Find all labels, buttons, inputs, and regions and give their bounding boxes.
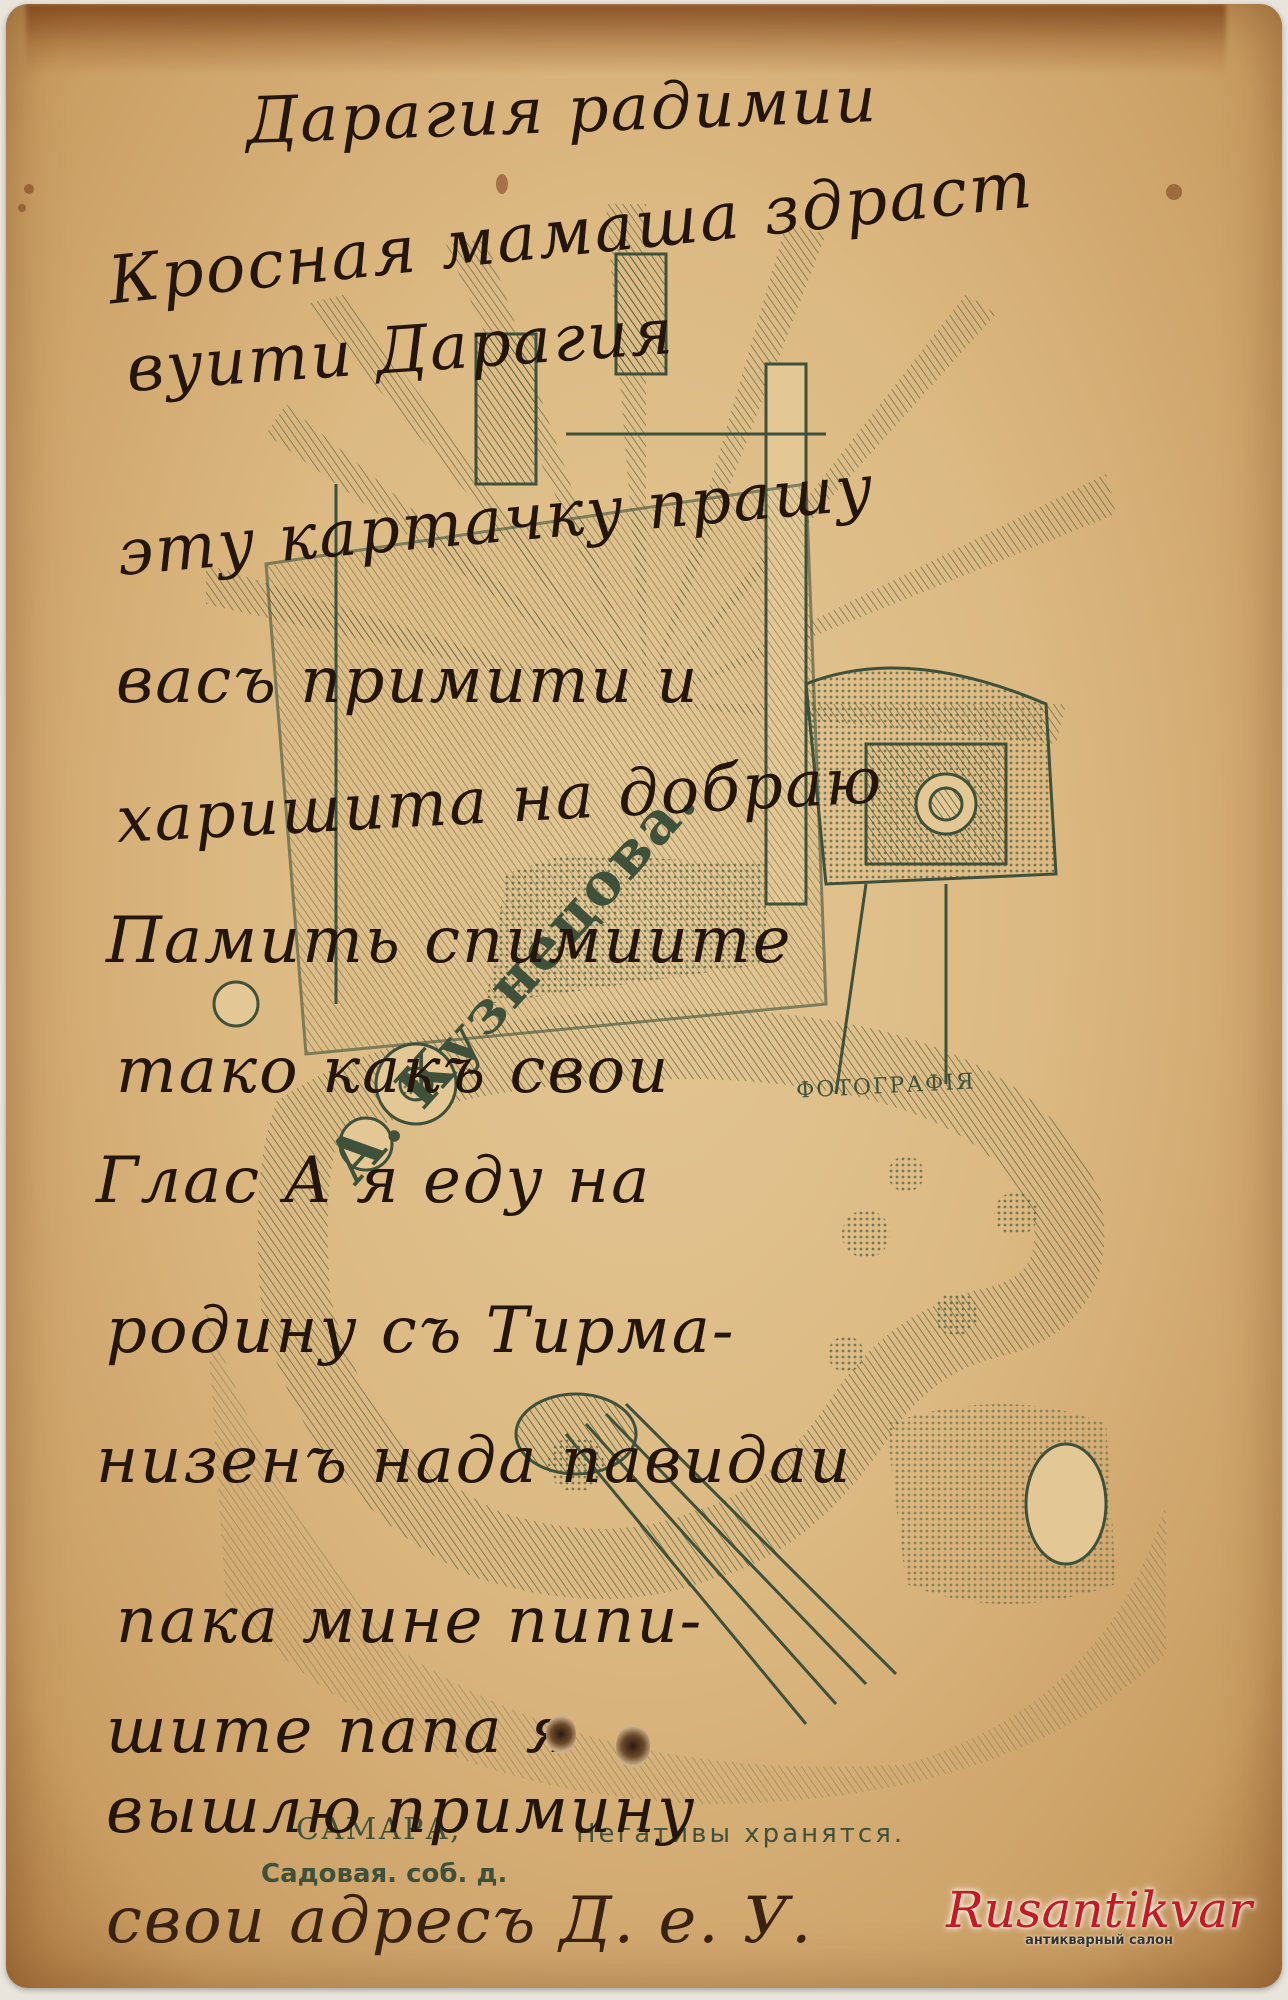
- photo-card-back: ФОТОГРАФІЯ А. Кузнецова. САМАРА, Негатив…: [6, 4, 1282, 1988]
- handwriting-line: Памить спимиите: [106, 904, 792, 978]
- paper-scroll: [886, 1404, 1116, 1604]
- handwriting-line: родину съ Тирма-: [106, 1294, 735, 1368]
- watermark: Rusantikvar антикварный салон: [946, 1881, 1252, 1948]
- handwriting-line: вышлю примину: [106, 1774, 696, 1848]
- handwriting-line: васъ примити и: [116, 644, 699, 718]
- handwriting-line: тако какъ свои: [116, 1034, 670, 1108]
- pin-hole: [616, 1724, 650, 1768]
- stain-speck: [496, 174, 508, 194]
- handwriting-line: свои адресъ Д. е. У.: [106, 1884, 813, 1958]
- handwriting-line: Глас А я еду на: [96, 1144, 651, 1218]
- handwriting-line: пака мине пипи-: [116, 1584, 703, 1658]
- handwriting-line: шите папа я: [106, 1694, 570, 1768]
- watermark-brand: Rusantikvar: [946, 1881, 1252, 1939]
- stain-speck: [24, 184, 34, 194]
- stain-speck: [18, 204, 26, 212]
- stain-speck: [1166, 184, 1182, 200]
- handwriting-line: низенъ нада павидаи: [96, 1424, 852, 1498]
- pin-hole: [546, 1714, 576, 1754]
